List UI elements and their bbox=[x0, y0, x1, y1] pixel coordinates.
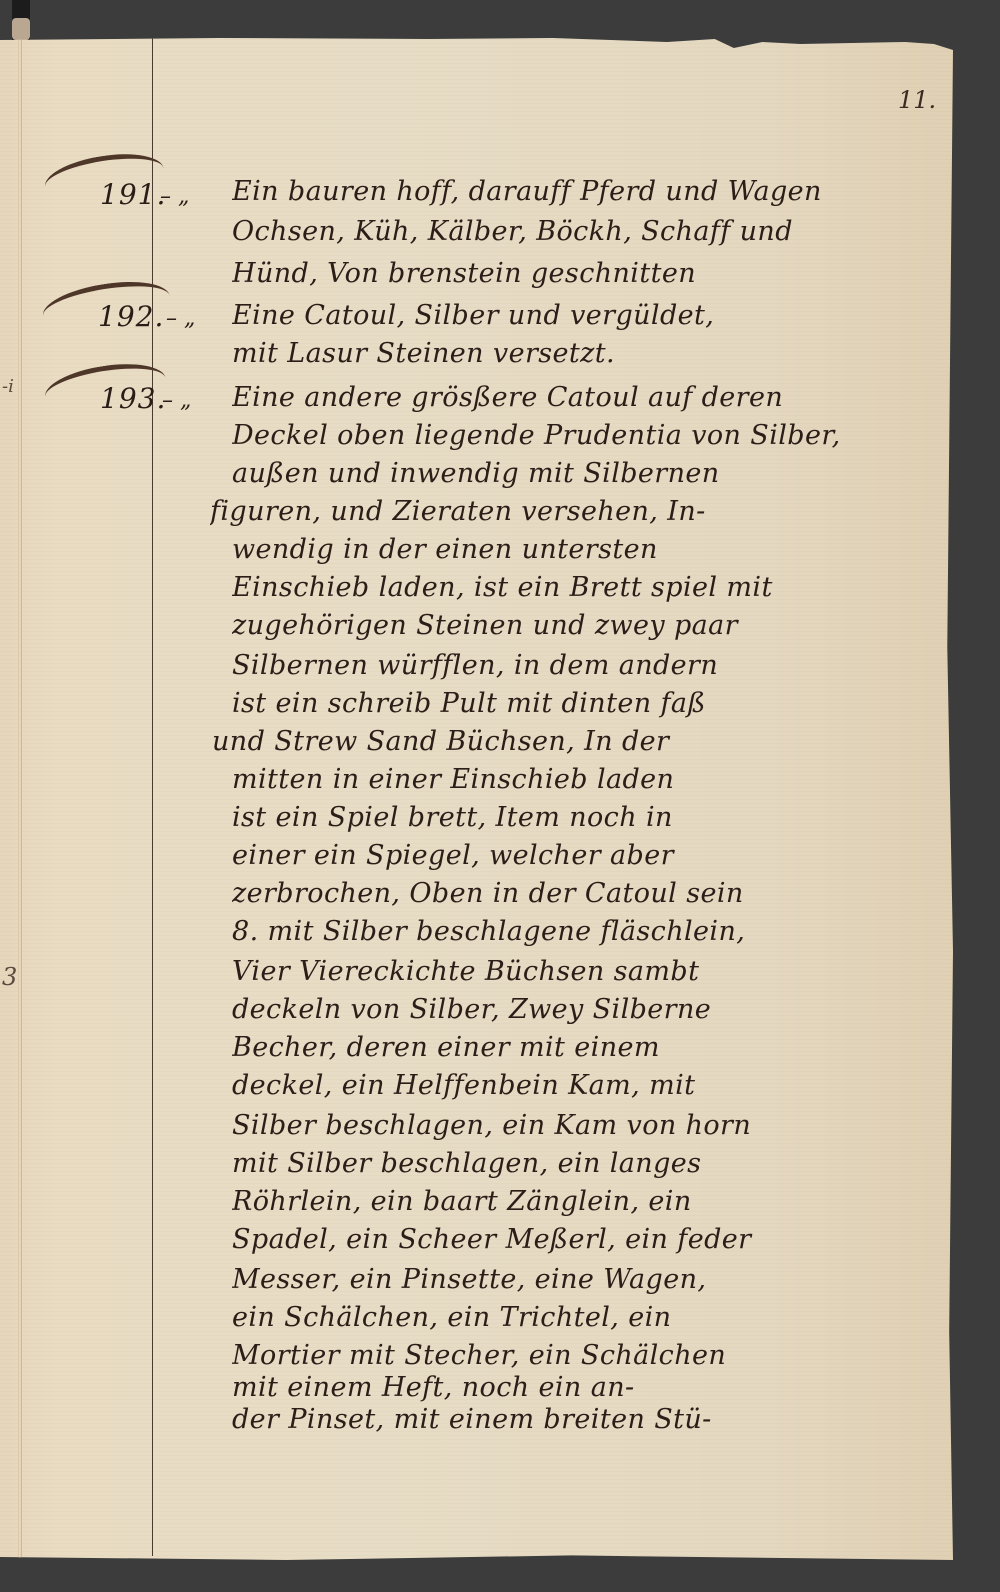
margin-rule bbox=[152, 38, 153, 1556]
entry-line: Vier Viereckichte Büchsen sambt bbox=[232, 956, 952, 987]
entry-line: ein Schälchen, ein Trichtel, ein bbox=[232, 1302, 952, 1333]
folio-number: 11. bbox=[898, 86, 936, 114]
entry-line: Eine andere grösßere Catoul auf deren bbox=[232, 382, 952, 413]
bleed-through-mark: -i bbox=[2, 376, 14, 397]
entry-marker: – „ bbox=[166, 306, 195, 331]
manuscript-scan: -i 3 11. 191. – „ Ein bauren hoff, darau… bbox=[0, 0, 1000, 1592]
binding-fold bbox=[18, 38, 22, 1560]
entry-line: Messer, ein Pinsette, eine Wagen, bbox=[232, 1264, 952, 1295]
entry-marker: – „ bbox=[160, 184, 189, 209]
binding-tab bbox=[12, 0, 30, 42]
entry-line: mit Lasur Steinen versetzt. bbox=[232, 338, 952, 369]
entry-number: 192. bbox=[98, 300, 164, 333]
entry-line: der Pinset, mit einem breiten Stü- bbox=[232, 1404, 952, 1435]
entry-line: mitten in einer Einschieb laden bbox=[232, 764, 952, 795]
entry-line: ist ein schreib Pult mit dinten faß bbox=[232, 688, 952, 719]
entry-number: 193. bbox=[100, 382, 166, 415]
entry-line: zugehörigen Steinen und zwey paar bbox=[232, 610, 952, 641]
entry-line: Spadel, ein Scheer Meßerl, ein feder bbox=[232, 1224, 952, 1255]
entry-line: Ochsen, Küh, Kälber, Böckh, Schaff und bbox=[232, 216, 952, 247]
entry-line: deckel, ein Helffenbein Kam, mit bbox=[232, 1070, 952, 1101]
entry-line: und Strew Sand Büchsen, In der bbox=[212, 726, 932, 757]
entry-line: wendig in der einen untersten bbox=[232, 534, 952, 565]
entry-line: zerbrochen, Oben in der Catoul sein bbox=[232, 878, 952, 909]
entry-line: deckeln von Silber, Zwey Silberne bbox=[232, 994, 952, 1025]
entry-line: 8. mit Silber beschlagene fläschlein, bbox=[232, 916, 952, 947]
entry-line: Ein bauren hoff, darauff Pferd und Wagen bbox=[232, 176, 952, 207]
bleed-through-mark: 3 bbox=[2, 963, 17, 991]
entry-line: Mortier mit Stecher, ein Schälchen bbox=[232, 1340, 952, 1371]
entry-line: figuren, und Zieraten versehen, In- bbox=[210, 496, 930, 527]
manuscript-page: -i 3 11. 191. – „ Ein bauren hoff, darau… bbox=[0, 38, 953, 1560]
entry-line: einer ein Spiegel, welcher aber bbox=[232, 840, 952, 871]
entry-line: Einschieb laden, ist ein Brett spiel mit bbox=[232, 572, 952, 603]
entry-line: Becher, deren einer mit einem bbox=[232, 1032, 952, 1063]
entry-line: Silber beschlagen, ein Kam von horn bbox=[232, 1110, 952, 1141]
entry-number: 191. bbox=[100, 178, 166, 211]
entry-line: Deckel oben liegende Prudentia von Silbe… bbox=[232, 420, 952, 451]
entry-line: Hünd, Von brenstein geschnitten bbox=[232, 258, 952, 289]
entry-line: Eine Catoul, Silber und vergüldet, bbox=[232, 300, 952, 331]
entry-line: Röhrlein, ein baart Zänglein, ein bbox=[232, 1186, 952, 1217]
entry-line: außen und inwendig mit Silbernen bbox=[232, 458, 952, 489]
entry-line: mit einem Heft, noch ein an- bbox=[232, 1372, 952, 1403]
entry-line: mit Silber beschlagen, ein langes bbox=[232, 1148, 952, 1179]
entry-line: Silbernen würfflen, in dem andern bbox=[232, 650, 952, 681]
entry-line: ist ein Spiel brett, Item noch in bbox=[232, 802, 952, 833]
entry-marker: – „ bbox=[162, 388, 191, 413]
